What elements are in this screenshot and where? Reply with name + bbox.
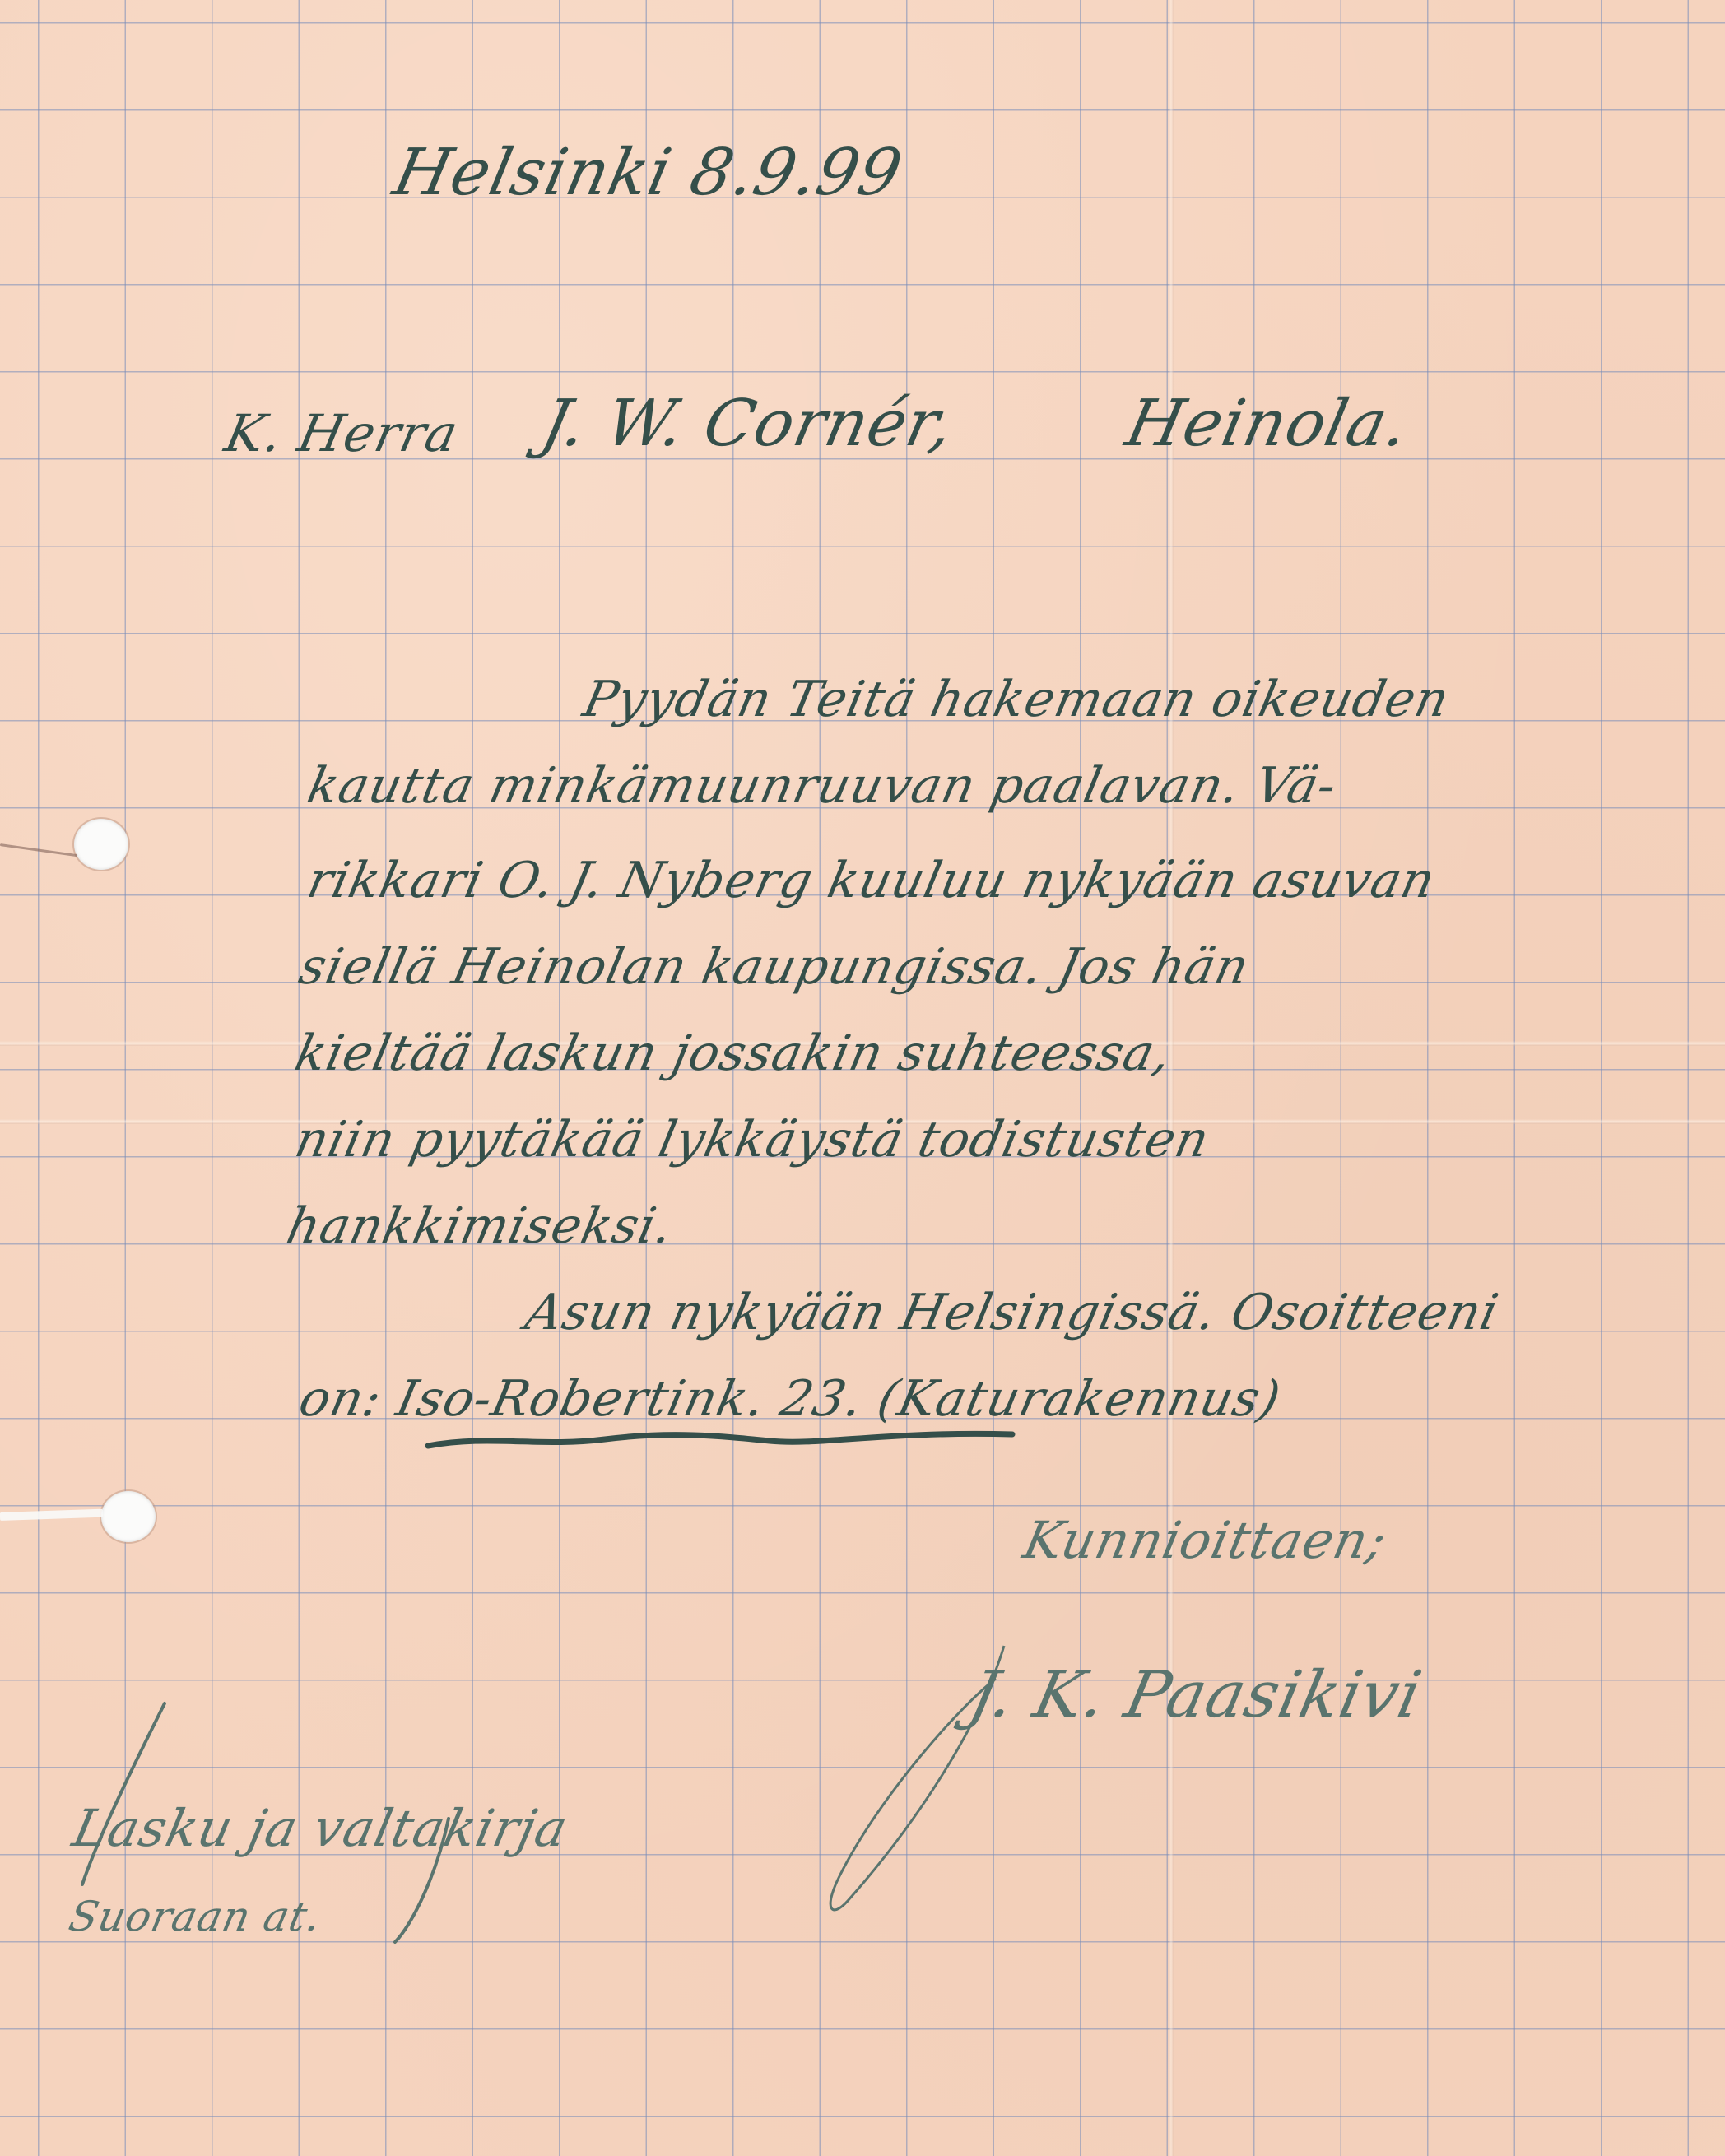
body-line: kautta minkämuunruuvan paalavan. Vä- [303,757,1342,815]
addressee-name: J. W. Cornér, [535,387,960,461]
body-line: kieltää laskun jossakin suhteessa, [291,1025,1177,1082]
body-line: siellä Heinolan kaupungissa. Jos hän [295,938,1255,996]
valediction: Kunnioittaen; [1018,1510,1393,1570]
body-line: on: Iso-Robertink. 23. (Katurakennus) [295,1370,1286,1428]
punch-hole-lower [101,1491,156,1542]
address-underline [424,1428,1016,1452]
body-line: Asun nykyään Helsingissä. Osoitteeni [521,1284,1504,1341]
body-line: hankkimiseksi. [282,1197,679,1255]
place-date: Helsinki 8.9.99 [387,136,909,210]
addressee-place: Heinola. [1119,387,1416,461]
signature: J. K. Paasikivi [963,1658,1428,1732]
body-line: rikkari O. J. Nyberg kuuluu nykyään asuv… [303,852,1441,909]
vertical-fold-crease [1169,0,1174,2156]
addressee-salutation: K. Herra [220,403,463,463]
signature-flourish [815,1629,1029,1926]
body-line: niin pyytäkää lykkäystä todistusten [291,1111,1215,1169]
body-line: Pyydän Teitä hakemaan oikeuden [579,671,1455,728]
punch-hole-upper [74,819,128,870]
margin-note-flourish [49,1679,724,1959]
